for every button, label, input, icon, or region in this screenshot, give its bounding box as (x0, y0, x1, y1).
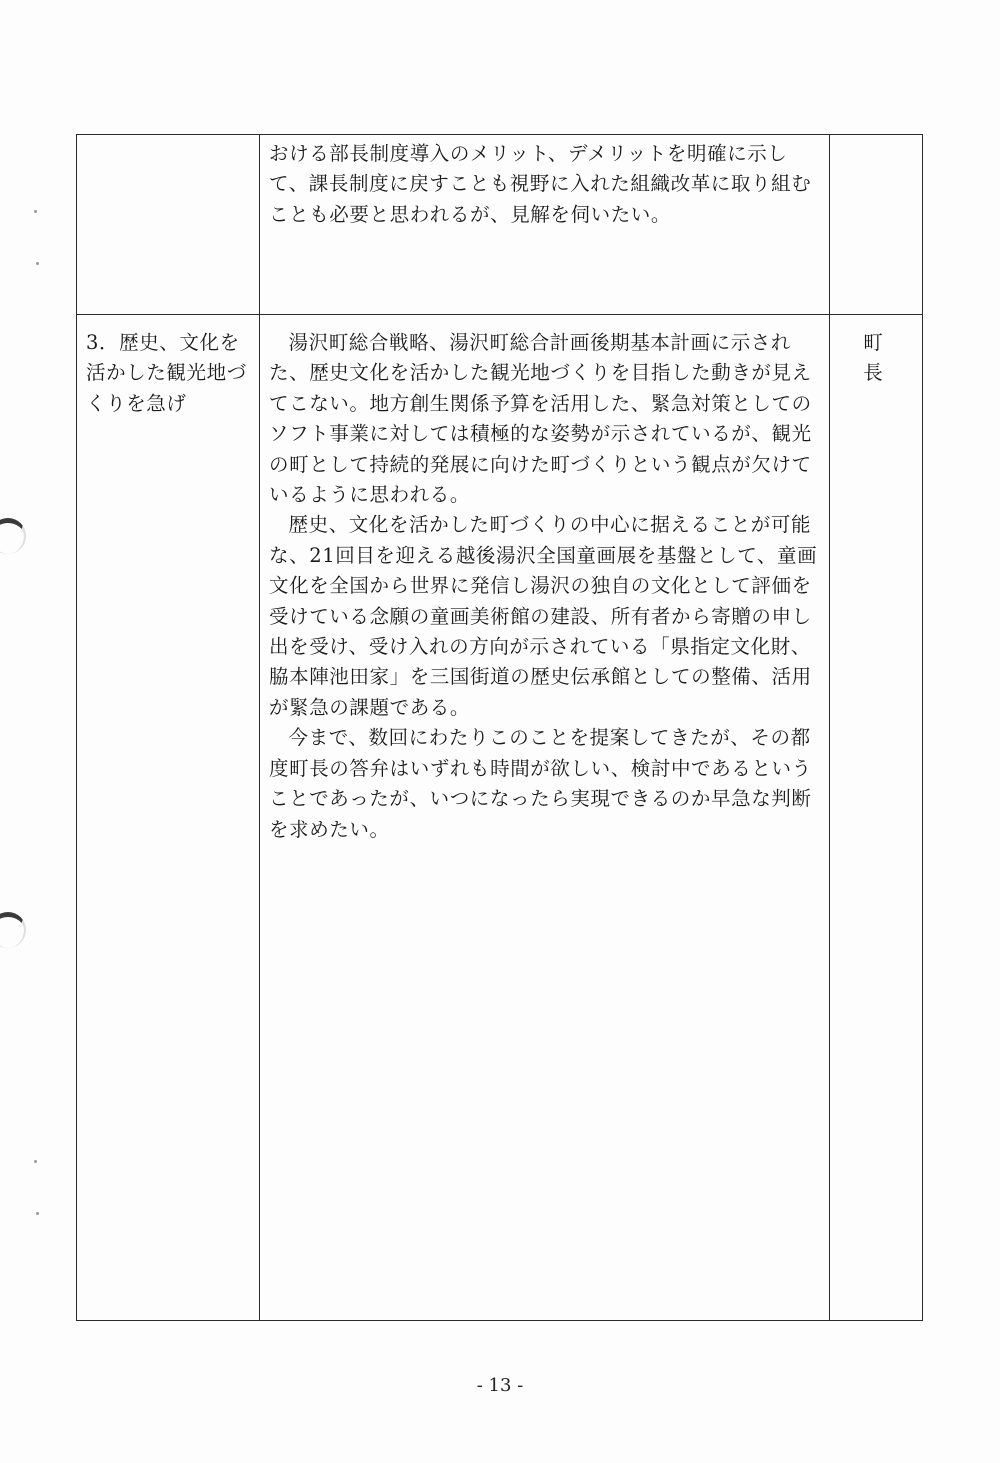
scan-speck (34, 1160, 37, 1163)
topic-cell: 3．歴史、文化を活かした観光地づくりを急げ (77, 315, 260, 1321)
question-body-cell: 湯沢町総合戦略、湯沢町総合計画後期基本計画に示された、歴史文化を活かした観光地づ… (260, 315, 830, 1321)
punch-hole-mark (0, 518, 26, 554)
scan-speck (34, 210, 37, 213)
respondent-cell-empty (830, 135, 923, 315)
question-body: 湯沢町総合戦略、湯沢町総合計画後期基本計画に示された、歴史文化を活かした観光地づ… (260, 315, 829, 845)
question-paragraph: 歴史、文化を活かした町づくりの中心に据えることが可能な、21回目を迎える越後湯沢… (269, 510, 821, 723)
question-row: 3．歴史、文化を活かした観光地づくりを急げ 湯沢町総合戦略、湯沢町総合計画後期基… (77, 315, 923, 1321)
question-topic: 3．歴史、文化を活かした観光地づくりを急げ (77, 315, 259, 419)
continuation-text: おける部長制度導入のメリット、デメリットを明確に示して、課長制度に戻すことも視野… (260, 135, 829, 230)
topic-cell-empty (77, 135, 260, 315)
respondent: 町長 (830, 315, 922, 389)
respondent-cell: 町長 (830, 315, 923, 1321)
continuation-row: おける部長制度導入のメリット、デメリットを明確に示して、課長制度に戻すことも視野… (77, 135, 923, 315)
punch-hole-mark (0, 912, 26, 948)
question-table: おける部長制度導入のメリット、デメリットを明確に示して、課長制度に戻すことも視野… (76, 134, 923, 1321)
continuation-cell: おける部長制度導入のメリット、デメリットを明確に示して、課長制度に戻すことも視野… (260, 135, 830, 315)
scan-speck (36, 1212, 39, 1215)
question-paragraph: 湯沢町総合戦略、湯沢町総合計画後期基本計画に示された、歴史文化を活かした観光地づ… (269, 328, 821, 510)
question-paragraph: 今まで、数回にわたりこのことを提案してきたが、その都度町長の答弁はいずれも時間が… (269, 723, 821, 845)
scan-speck (36, 262, 39, 265)
document-page: おける部長制度導入のメリット、デメリットを明確に示して、課長制度に戻すことも視野… (0, 0, 1000, 1463)
page-number: - 13 - (0, 1375, 1000, 1396)
